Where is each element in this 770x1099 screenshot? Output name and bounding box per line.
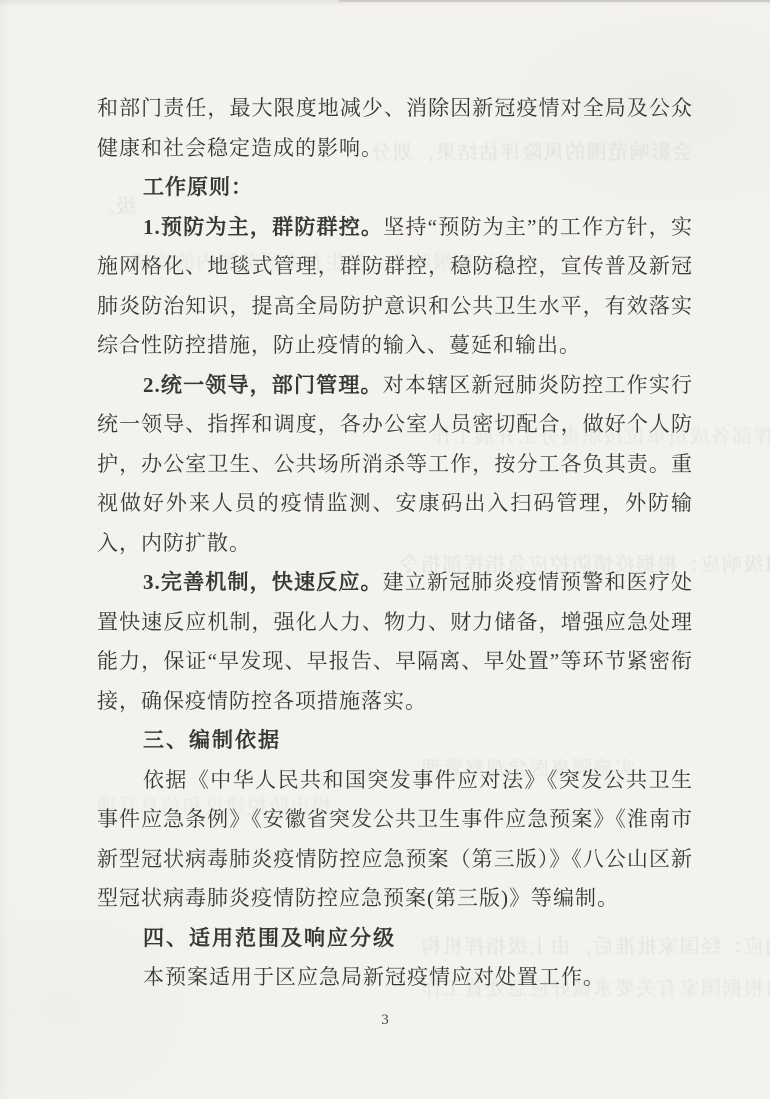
principle-paragraph-1: 1.预防为主，群防群控。坚持“预防为主”的工作方针，实施网格化、地毯式管理，群防… (97, 208, 693, 366)
section4-heading-text: 四、适用范围及响应分级 (143, 927, 396, 950)
principle-2-body: 对本辖区新冠肺炎防控工作实行统一领导、指挥和调度，各办公室人员密切配合，做好个人… (97, 373, 693, 555)
intro-continuation-paragraph: 和部门责任，最大限度地减少、消除因新冠疫情对全局及公众健康和社会稳定造成的影响。 (97, 89, 693, 168)
scan-top-edge-shadow (339, 0, 770, 2)
principles-heading: 工作原则： (97, 168, 693, 208)
section3-heading: 三、编制依据 (97, 721, 693, 761)
section4-heading: 四、适用范围及响应分级 (97, 919, 693, 959)
document-body: 和部门责任，最大限度地减少、消除因新冠疫情对全局及公众健康和社会稳定造成的影响。… (97, 89, 693, 998)
section3-heading-text: 三、编制依据 (143, 729, 281, 752)
page-number: 3 (0, 1012, 770, 1029)
section3-body-paragraph: 依据《中华人民共和国突发事件应对法》《突发公共卫生事件应急条例》《安徽省突发公共… (97, 761, 693, 919)
principle-3-lead: 3.完善机制，快速反应。 (143, 570, 383, 594)
principle-paragraph-2: 2.统一领导，部门管理。对本辖区新冠肺炎防控工作实行统一领导、指挥和调度，各办公… (97, 366, 693, 564)
principle-1-lead: 1.预防为主，群防群控。 (143, 215, 383, 239)
principle-2-lead: 2.统一领导，部门管理。 (143, 373, 383, 397)
section4-body-paragraph: 本预案适用于区应急局新冠疫情应对处置工作。 (97, 958, 693, 998)
principle-paragraph-3: 3.完善机制，快速反应。建立新冠肺炎疫情预警和医疗处置快速反应机制，强化人力、物… (97, 563, 693, 721)
principles-heading-text: 工作原则： (143, 175, 253, 199)
